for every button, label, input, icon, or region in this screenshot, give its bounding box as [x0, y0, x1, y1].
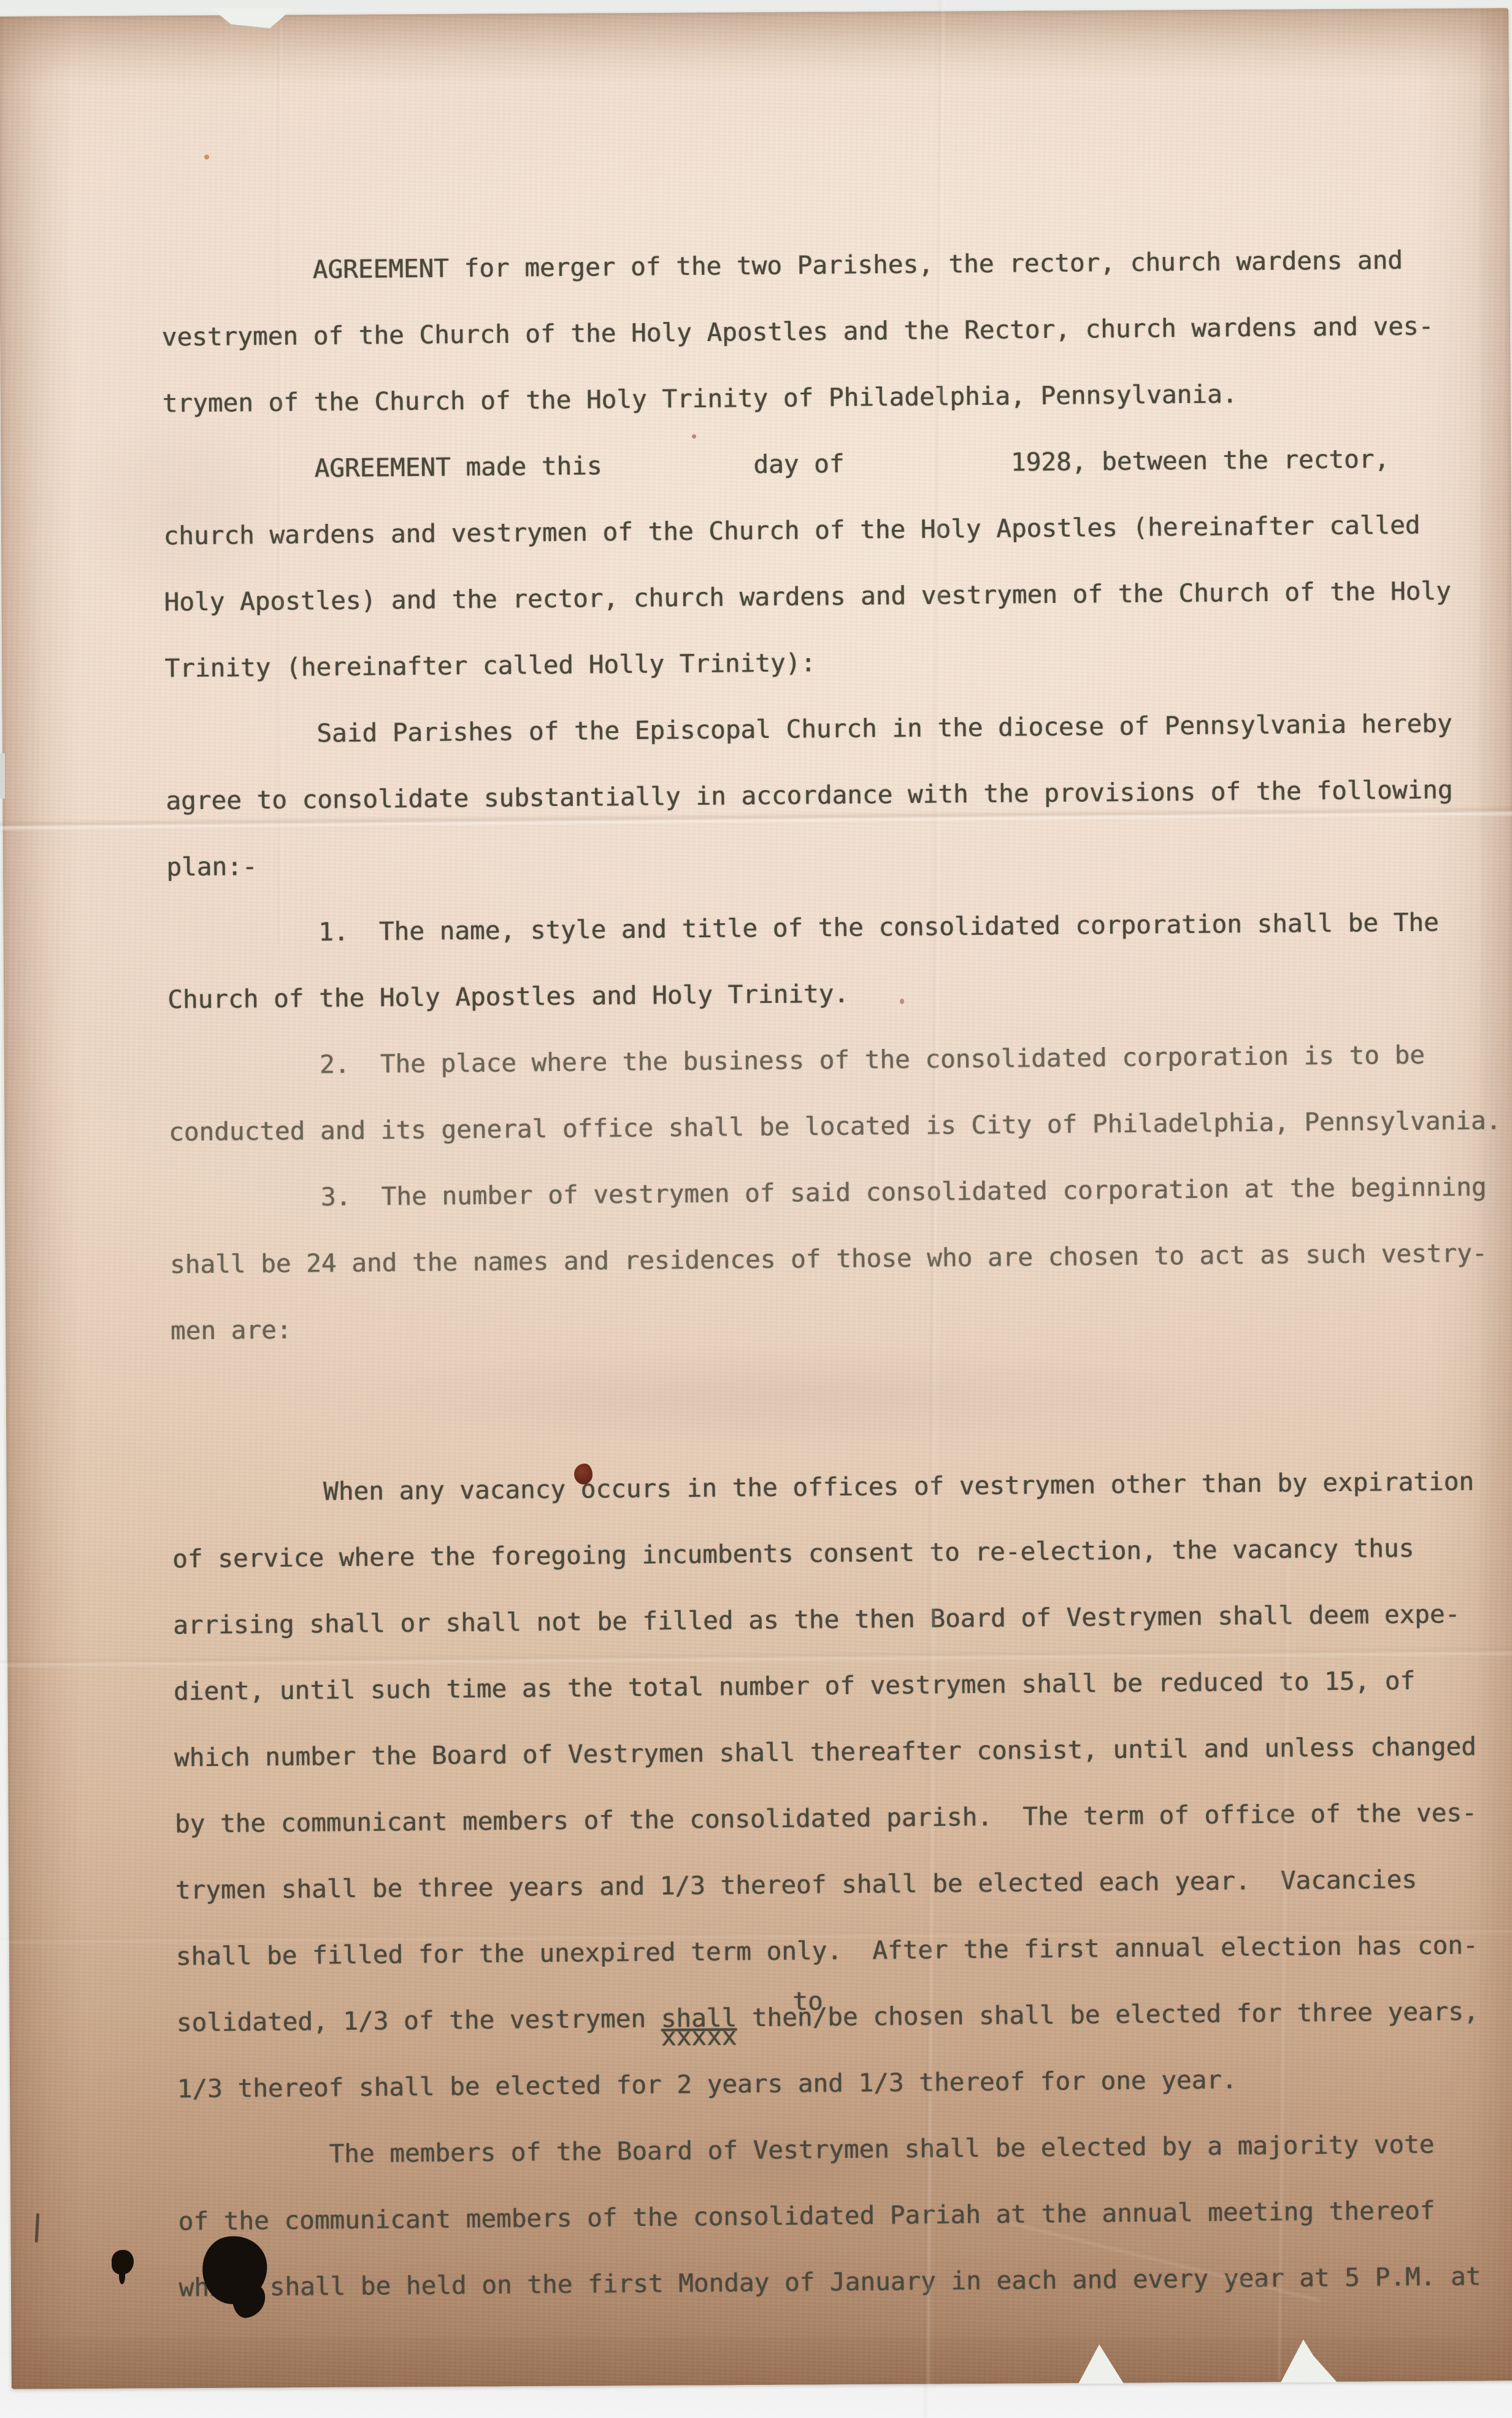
paper-speck	[900, 999, 904, 1004]
document-line-22: which number the Board of Vestrymen shal…	[174, 1713, 1512, 1790]
paper-sheet: AGREEMENT for merger of the two Parishes…	[0, 8, 1512, 2389]
document-line-21: dient, until such time as the total numb…	[174, 1646, 1512, 1724]
document-line-1: AGREEMENT for merger of the two Parishes…	[161, 226, 1511, 304]
document-line-9: agree to consolidate substantially in ac…	[166, 756, 1512, 834]
document-line-2: vestrymen of the Church of the Holy Apos…	[161, 292, 1511, 370]
document-line-30: which shall be held on the first Monday …	[178, 2243, 1512, 2320]
document-line-18: When any vacancy occurs in the offices o…	[172, 1448, 1512, 1526]
document-line-20: arrising shall or shall not be filled as…	[173, 1580, 1512, 1658]
document-line-14: conducted and its general office shall b…	[169, 1087, 1512, 1165]
document-line-11: 1. The name, style and title of the cons…	[167, 888, 1512, 966]
document-line-3: trymen of the Church of the Holy Trinity…	[162, 358, 1512, 436]
document-line-4: AGREEMENT made this day of 1928, between…	[163, 424, 1512, 502]
document-line-16: shall be 24 and the names and residences…	[170, 1219, 1512, 1297]
inserted-word-above-line: to	[792, 1968, 823, 2034]
document-line-12: Church of the Holy Apostles and Holy Tri…	[167, 954, 1512, 1032]
document-line-24: trymen shall be three years and 1/3 ther…	[175, 1845, 1512, 1923]
document-line-13: 2. The place where the business of the c…	[168, 1021, 1512, 1099]
overstruck-word: shallxxxxx	[661, 2003, 737, 2033]
overstrike-xxx: xxxxx	[661, 2003, 737, 2070]
document-line-25: shall be filled for the unexpired term o…	[175, 1911, 1512, 1989]
document-line-26: solidated, 1/3 of the vestrymen shallxxx…	[176, 1978, 1512, 2055]
document-line-19: of service where the foregoing incumbent…	[172, 1514, 1512, 1592]
scanned-document-page: { "scan": { "background_color": "#eef0ec…	[0, 0, 1512, 2418]
scanner-edge-sliver	[0, 753, 5, 799]
document-line-10: plan:-	[166, 822, 1512, 900]
document-line-27: 1/3 thereof shall be elected for 2 years…	[177, 2044, 1512, 2122]
document-line-7: Trinity (hereinafter called Holly Trinit…	[164, 623, 1512, 701]
paper-speck	[692, 434, 696, 439]
document-line-28: The members of the Board of Vestrymen sh…	[177, 2110, 1512, 2188]
document-line-5: church wardens and vestrymen of the Chur…	[163, 491, 1512, 569]
document-line-17: men are:	[170, 1286, 1512, 1364]
document-line-23: by the communicant members of the consol…	[174, 1779, 1512, 1857]
document-line-8: Said Parishes of the Episcopal Church in…	[165, 689, 1512, 767]
document-line-29: of the communicant members of the consol…	[178, 2176, 1512, 2254]
text-block: AGREEMENT for merger of the two Parishes…	[0, 3, 1512, 2322]
document-line-15: 3. The number of vestrymen of said conso…	[169, 1153, 1512, 1231]
document-line-6: Holy Apostles) and the rector, church wa…	[164, 557, 1512, 635]
ink-blot-red	[574, 1464, 593, 1484]
paper-speck	[204, 155, 209, 159]
